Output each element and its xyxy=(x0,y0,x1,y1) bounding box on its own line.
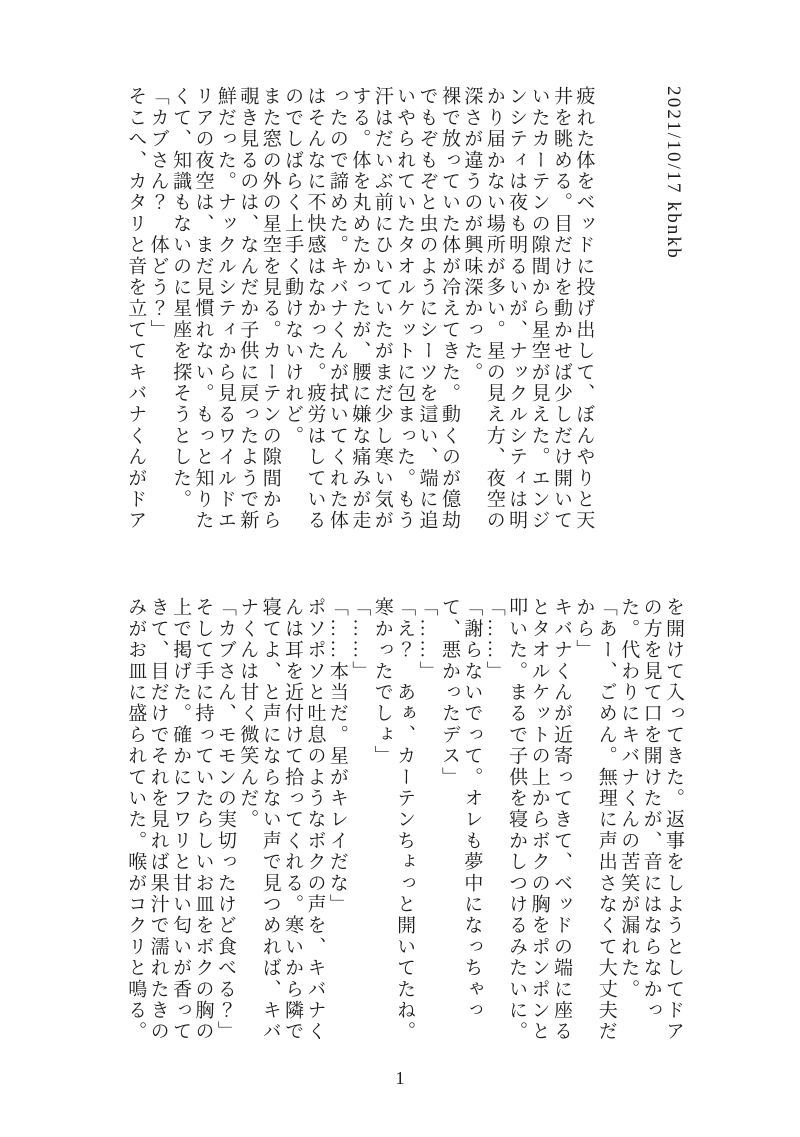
vertical-text-band-upper: 2021/10/17 kbnkb 疲れた体をベッドに投げ出して、ぼんやりと天井を… xyxy=(124,86,684,532)
text-column: キバナくんが近寄ってきて、ベッドの端に座る xyxy=(550,597,572,1043)
text-column: 「……本当だ。星がキレイだな」 xyxy=(326,597,348,1043)
text-column: て、悪かったデス」 xyxy=(438,597,460,1043)
text-column: くて、知識もないのに星座を探そうとした。 xyxy=(169,86,191,532)
text-column: を開けて入ってきた。返事をしようとしてドア xyxy=(662,597,684,1043)
text-column: 上で掲げた。確かにフワリと甘い匂いが香って xyxy=(169,597,191,1043)
text-column: そこへ、カタリと音を立ててキバナくんがドア xyxy=(124,86,146,532)
text-column: んは耳を近付けて拾ってくれる。寒いから隣で xyxy=(281,597,303,1043)
text-column: かり届かない場所が多い。星の見え方、夜空の xyxy=(482,86,504,532)
text-column: 疲れた体をベッドに投げ出して、ぼんやりと天 xyxy=(572,86,594,532)
text-column: 「……」 xyxy=(415,597,437,1043)
text-column: きて、目だけでそれを見れば果汁で濡れたきの xyxy=(146,597,168,1043)
date-line: 2021/10/17 kbnkb xyxy=(662,86,684,532)
text-column: た。代わりにキバナくんの苦笑が漏れた。 xyxy=(617,597,639,1043)
text-column: 「カブさん？ 体どう？」 xyxy=(146,86,168,532)
text-column: 「……」 xyxy=(482,597,504,1043)
text-column: みがお皿に盛られていた。喉がコクリと鳴る。 xyxy=(124,597,146,1043)
text-column: そして手に持っていたらしいお皿をボクの胸の xyxy=(191,597,213,1043)
text-column: 「謝らないでって。オレも夢中になっちゃっ xyxy=(460,597,482,1043)
text-column: から」 xyxy=(572,597,594,1043)
text-column: ンシティは夜も明るいが、ナックルシティは明 xyxy=(505,86,527,532)
text-column: 「あー、ごめん。無理に声出さなくて大丈夫だ xyxy=(594,597,616,1043)
text-column: 「……」 xyxy=(348,597,370,1043)
text-column: 「え？ あぁ、カーテンちょっと開いてたね。 xyxy=(393,597,415,1043)
text-column: ったので諦めた。キバナくんが拭いてくれた体 xyxy=(326,86,348,532)
page-number: 1 xyxy=(0,1068,800,1089)
text-column: ナくんは甘く微笑んだ。 xyxy=(236,597,258,1043)
text-column: 鮮だった。ナックルシティから見るワイルドエ xyxy=(213,86,235,532)
text-column: 裸で放っていた体が冷えてきた。動くのが億劫 xyxy=(438,86,460,532)
text-column: 深さが違うのが興味深かった。 xyxy=(460,86,482,532)
text-column: また窓の外の星空を見る。カーテンの隙間から xyxy=(258,86,280,532)
text-column: のでしばらく上手く動けないけれど。 xyxy=(281,86,303,532)
text-column: 叩いた。まるで子供を寝かしつけるみたいに。 xyxy=(505,597,527,1043)
text-column: 覗き見るのは、なんだか子供に戻ったようで新 xyxy=(236,86,258,532)
text-column: 寝てよ、と声にならない声で見つめれば、キバ xyxy=(258,597,280,1043)
blank-column xyxy=(617,86,639,532)
text-column: 井を眺める。目だけを動かせば少しだけ開いて xyxy=(550,86,572,532)
blank-column xyxy=(594,86,616,532)
text-column: リアの夜空は、まだ見慣れない。もっと知りた xyxy=(191,86,213,532)
text-column: とタオルケットの上からボクの胸をポンポンと xyxy=(527,597,549,1043)
blank-column xyxy=(639,86,661,532)
text-column: 汗はだいぶ前にひいていたがまだ少し寒い気が xyxy=(370,86,392,532)
text-column: いたカーテンの隙間から星空が見えた。エンジ xyxy=(527,86,549,532)
text-column: でもぞもぞと虫のようにシーツを這い、端に追 xyxy=(415,86,437,532)
text-column: はそんなに不快感はなかった。疲労はしている xyxy=(303,86,325,532)
text-column: いやられていたタオルケットに包まった。もう xyxy=(393,86,415,532)
text-column: ポソポソと吐息のようなボクの声を、キバナく xyxy=(303,597,325,1043)
text-column: する。体を丸めたかったが、腰に嫌な痛みが走 xyxy=(348,86,370,532)
text-column: 寒かったでしょ」 xyxy=(370,597,392,1043)
text-column: の方を見て口を開けたが、音にはならなかっ xyxy=(639,597,661,1043)
vertical-text-band-lower: を開けて入ってきた。返事をしようとしてドアの方を見て口を開けたが、音にはならなか… xyxy=(124,597,684,1043)
text-column: 「カブさん、モモンの実切ったけど食べる？」 xyxy=(213,597,235,1043)
